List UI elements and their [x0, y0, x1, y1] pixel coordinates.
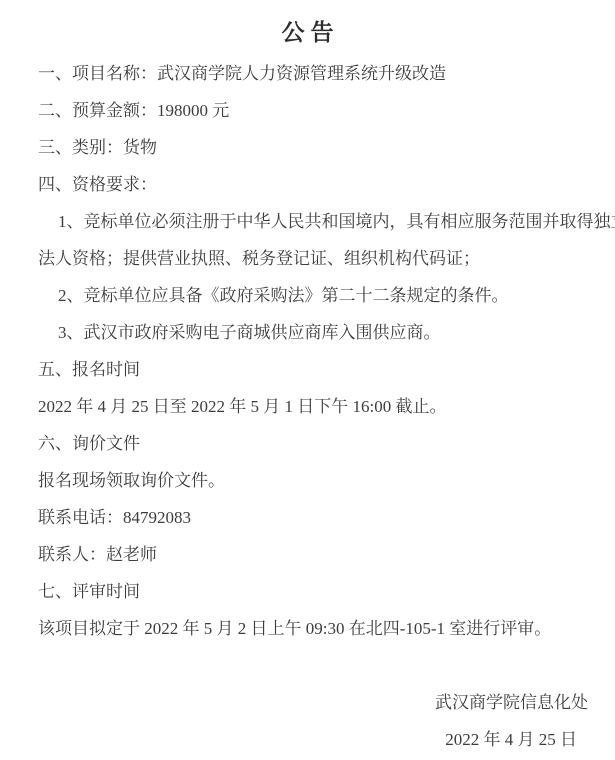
doc-line-budget: 二、预算金额：198000 元 [0, 92, 615, 129]
doc-line-registration-time: 2022 年 4 月 25 日至 2022 年 5 月 1 日下午 16:00 … [0, 388, 615, 425]
doc-line-registration-time-heading: 五、报名时间 [0, 351, 615, 388]
announcement-document: 公告 一、项目名称：武汉商学院人力资源管理系统升级改造 二、预算金额：19800… [0, 0, 615, 760]
signature-organization: 武汉商学院信息化处 [0, 684, 615, 721]
doc-line-qualification-1-cont: 法人资格；提供营业执照、税务登记证、组织机构代码证； [0, 240, 615, 277]
doc-line-inquiry-doc: 报名现场领取询价文件。 [0, 462, 615, 499]
doc-line-contact-person: 联系人：赵老师 [0, 536, 615, 573]
doc-line-inquiry-doc-heading: 六、询价文件 [0, 425, 615, 462]
doc-body: 一、项目名称：武汉商学院人力资源管理系统升级改造 二、预算金额：198000 元… [0, 55, 615, 647]
signature-block: 武汉商学院信息化处 2022 年 4 月 25 日 [0, 684, 615, 758]
doc-line-contact-phone: 联系电话：84792083 [0, 499, 615, 536]
doc-line-qualification-heading: 四、资格要求： [0, 166, 615, 203]
doc-line-project-name: 一、项目名称：武汉商学院人力资源管理系统升级改造 [0, 55, 615, 92]
doc-line-qualification-3: 3、武汉市政府采购电子商城供应商库入围供应商。 [0, 314, 615, 351]
doc-line-review-time: 该项目拟定于 2022 年 5 月 2 日上午 09:30 在北四-105-1 … [0, 610, 615, 647]
doc-title: 公告 [0, 0, 615, 48]
doc-line-qualification-2: 2、竞标单位应具备《政府采购法》第二十二条规定的条件。 [0, 277, 615, 314]
doc-line-review-time-heading: 七、评审时间 [0, 573, 615, 610]
doc-line-qualification-1: 1、竞标单位必须注册于中华人民共和国境内，具有相应服务范围并取得独立 [0, 203, 615, 240]
doc-line-category: 三、类别：货物 [0, 129, 615, 166]
signature-date: 2022 年 4 月 25 日 [0, 721, 615, 758]
